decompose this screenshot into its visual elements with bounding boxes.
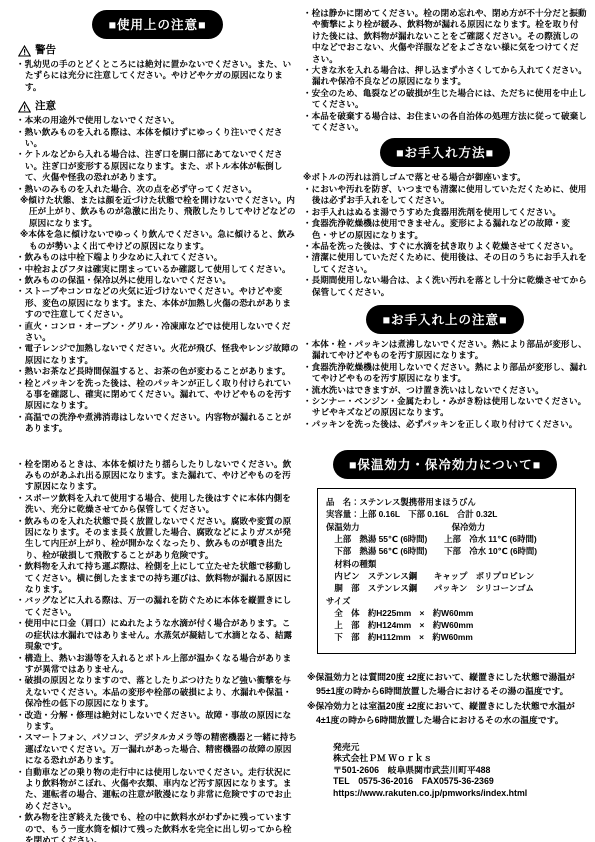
instruction-sheet-page: ■使用上の注意■ 警告 ・乳幼児の手のとどくところには絶対に置かないでください。… <box>0 0 595 842</box>
performance-note: ※保温効力とは質問20度 ±2度において、縦置きにした状態で湯温が95±1度の時… <box>303 670 587 699</box>
left-column: ■使用上の注意■ 警告 ・乳幼児の手のとどくところには絶対に置かないでください。… <box>16 10 299 842</box>
list-item: ・構造上、熱いお湯等を入れるとボトル上部が温かくなる場合がありますが異常ではあり… <box>16 653 299 676</box>
list-item: ・ケトルなどから入れる場合は、注ぎ口を胴口部にあてないでください。注ぎ口が変形す… <box>16 149 299 183</box>
spec-table-line: 下部 熱湯 56℃ (6時間) 下部 冷水 10℃ (6時間) <box>326 545 570 557</box>
list-item: ・飲み物を注ぎ終えた後でも、栓の中に飲料水がわずかに残っていますので、もう一度水… <box>16 812 299 842</box>
list-item: ・破損の原因となりますので、落としたりぶつけたりなど強い衝撃を与えないでください… <box>16 675 299 709</box>
list-item: ・熱いお茶など長時間保温すると、お茶の色が変わることがあります。 <box>16 366 299 377</box>
warning-triangle-icon <box>18 45 31 57</box>
list-item: ・栓を閉めるときは、本体を傾けたり揺らしたりしないでください。飲みものがあふれ出… <box>16 459 299 493</box>
list-item: ・自動車などの乗り物の走行中には使用しないでください。走行状況により飲料物がこぼ… <box>16 767 299 813</box>
list-item: ・においや汚れを防ぎ、いつまでも清潔に使用していただくために、使用後は必ずお手入… <box>303 184 587 207</box>
list-item: ※傾けた状態、または顔を近づけた状態で栓を開けないでください。内圧が上がり、飲み… <box>20 195 299 229</box>
spec-table: 品 名：ステンレス製携帯用まほうびん実容量：上部 0.16L 下部 0.16L … <box>317 488 576 654</box>
list-item: ・本来の用途外で使用しないでください。 <box>16 115 299 126</box>
list-item: ・シンナー・ベンジン・金属たわし・みがき粉は使用しないでください。サビやキズなど… <box>303 396 587 419</box>
spec-table-line: 上 部 約H124mm × 約W60mm <box>326 619 570 631</box>
publisher-company: 株式会社ＰＭ Ｗｏｒｋｓ <box>333 753 587 765</box>
spec-table-line: 全 体 約H225mm × 約W60mm <box>326 607 570 619</box>
list-item: ・食器洗浄乾燥機は使用できません。変形による漏れなどの故障・変色・サビの原因にな… <box>303 218 587 241</box>
list-item: ・安全のため、亀裂などの破損が生じた場合には、ただちに使用を中止してください。 <box>303 88 587 111</box>
list-item: ・飲みものを入れた状態で長く放置しないでください。腐敗や変質の原因になります。そ… <box>16 516 299 562</box>
spec-table-line: 品 名：ステンレス製携帯用まほうびん <box>326 496 570 508</box>
right-column: ・栓は静かに閉めてください。栓の閉め忘れや、閉め方が不十分だと振動や衝撃により栓… <box>303 8 587 799</box>
list-item: ・乳幼児の手のとどくところには絶対に置かないでください。また、いたずらには充分に… <box>16 59 299 93</box>
warning-triangle-icon <box>18 101 31 113</box>
list-item: ・飲みものの保温・保冷以外に使用しないでください。 <box>16 275 299 286</box>
list-item: ・本品を洗った後は、すぐに水滴を拭き取りよく乾燥させてください。 <box>303 241 587 252</box>
spec-table-line: 胴 部 ステンレス鋼 パッキン シリコーンゴム <box>326 582 570 594</box>
publisher-label: 発売元 <box>333 742 587 754</box>
warning-heading: 警告 <box>18 44 299 57</box>
section-header-performance: ■保温効力・保冷効力について■ <box>333 450 557 479</box>
list-item: ・食器洗浄乾燥機は使用しないでください。熱により部品が変形し、漏れてやけどやもの… <box>303 362 587 385</box>
spec-table-line: 実容量：上部 0.16L 下部 0.16L 合計 0.32L <box>326 508 570 520</box>
section-header-care-cautions: ■お手入れ上の注意■ <box>366 305 523 334</box>
list-item: ・熱い飲みものを入れる際は、本体を傾けずにゆっくり注いでください。 <box>16 127 299 150</box>
section-header-care-method: ■お手入れ方法■ <box>380 138 510 167</box>
performance-notes: ※保温効力とは質問20度 ±2度において、縦置きにした状態で湯温が95±1度の時… <box>303 670 587 728</box>
caution-list: ・本来の用途外で使用しないでください。・熱い飲みものを入れる際は、本体を傾けずに… <box>16 115 299 842</box>
care-caution-list: ・本体・栓・パッキンは煮沸しないでください。熱により部品が変形し、漏れてやけどや… <box>303 339 587 430</box>
list-item: ※本体を急に傾けないでゆっくり飲んでください。急に傾けると、飲みものが勢いよく出… <box>20 229 299 252</box>
list-item: ・スマートフォン、パソコン、デジタルカメラ等の精密機器と一緒に持ち運ばないでくだ… <box>16 732 299 766</box>
list-item: ・ストーブやコンロなどの火気に近づけないでください。やけどや変形、変色の原因にな… <box>16 286 299 320</box>
spec-table-line: 下 部 約H112mm × 約W60mm <box>326 631 570 643</box>
caution-heading-label: 注意 <box>35 100 56 113</box>
list-item: ・バッグなどに入れる際は、万一の漏れを防ぐために本体を縦置きにしてください。 <box>16 595 299 618</box>
list-item: ・スポーツ飲料を入れて使用する場合、使用した後はすぐに本体内側を洗い、充分に乾燥… <box>16 493 299 516</box>
list-item: ・栓は静かに閉めてください。栓の閉め忘れや、閉め方が不十分だと振動や衝撃により栓… <box>303 8 587 65</box>
list-item: ・電子レンジで加熱しないでください。火花が飛び、怪我やレンジ故障の原因になります… <box>16 343 299 366</box>
list-item: ・本品を破棄する場合は、お住まいの各自治体の処理方法に従って破棄してください。 <box>303 111 587 134</box>
spec-table-line: 上部 熱湯 55℃ (6時間) 上部 冷水 11℃ (6時間) <box>326 533 570 545</box>
list-item: ・飲みものは中栓下端より少なめに入れてください。 <box>16 252 299 263</box>
list-item: ・長期間使用しない場合は、よく洗い汚れを落とし十分に乾燥させてから保管してくださ… <box>303 275 587 298</box>
list-item: ・高温での洗浄や煮沸消毒はしないでください。内容物が漏れることがあります。 <box>16 412 299 435</box>
list-item: ・使用中に口金（肩口）にぬれたような水滴が付く場合があります。この症状は水漏れで… <box>16 618 299 652</box>
publisher-tel-fax: TEL 0575-36-2016 FAX0575-36-2369 <box>333 776 587 788</box>
publisher-block: 発売元 株式会社ＰＭ Ｗｏｒｋｓ 〒501-2606 岐阜県関市武芸川町平488… <box>333 742 587 800</box>
caution-heading: 注意 <box>18 100 299 113</box>
list-item: ・流水洗いはできますが、つけ置き洗いはしないでください。 <box>303 385 587 396</box>
list-item: ・パッキンを洗った後は、必ずパッキンを正しく取り付けてください。 <box>303 419 587 430</box>
performance-note: ※保冷効力とは室温20度 ±2度において、縦置きにした状態で水温が4±1度の時か… <box>303 699 587 728</box>
care-list: ※ボトルの汚れは消しゴムで落とせる場合が御座います。・においや汚れを防ぎ、いつま… <box>303 172 587 297</box>
list-item: ・栓とパッキンを洗った後は、栓のパッキンが正しく取り付けられている事を確認し、確… <box>16 378 299 412</box>
list-item: ・直火・コンロ・オーブン・グリル・冷凍庫などでは使用しないでください。 <box>16 321 299 344</box>
list-item: ・清潔に使用していただくために、使用後は、その日のうちにお手入れをしてください。 <box>303 252 587 275</box>
list-item: ・本体・栓・パッキンは煮沸しないでください。熱により部品が変形し、漏れてやけどや… <box>303 339 587 362</box>
spec-table-line: 内ビン ステンレス鋼 キャップ ポリプロピレン <box>326 570 570 582</box>
list-item: ・中栓およびフタは確実に閉まっているか確認して使用してください。 <box>16 264 299 275</box>
list-item: ・飲料物を入れて持ち運ぶ際は、栓側を上にして立たせた状態で移動してください。横に… <box>16 561 299 595</box>
publisher-address: 〒501-2606 岐阜県関市武芸川町平488 <box>333 765 587 777</box>
spec-table-line: 材料の種類 <box>326 558 570 570</box>
usage-continued-list: ・栓は静かに閉めてください。栓の閉め忘れや、閉め方が不十分だと振動や衝撃により栓… <box>303 8 587 133</box>
warning-list: ・乳幼児の手のとどくところには絶対に置かないでください。また、いたずらには充分に… <box>16 59 299 93</box>
list-item: ※ボトルの汚れは消しゴムで落とせる場合が御座います。 <box>303 172 587 183</box>
spec-table-line: 保温効力 保冷効力 <box>326 521 570 533</box>
list-item: ・お手入れはぬるま湯でうすめた食器用洗剤を使用してください。 <box>303 207 587 218</box>
list-item: ・改造・分解・修理は絶対にしないでください。故障・事故の原因になります。 <box>16 710 299 733</box>
publisher-url: https://www.rakuten.co.jp/pmworks/index.… <box>333 788 587 800</box>
spec-table-line: サイズ <box>326 595 570 607</box>
warning-heading-label: 警告 <box>35 44 56 57</box>
list-item: ・大きな氷を入れる場合は、押し込まず小さくしてから入れてください。漏れや保冷不良… <box>303 65 587 88</box>
section-header-usage-cautions: ■使用上の注意■ <box>92 10 222 39</box>
list-item: ・熱いのみものを入れた場合、次の点を必ず守ってください。 <box>16 184 299 195</box>
